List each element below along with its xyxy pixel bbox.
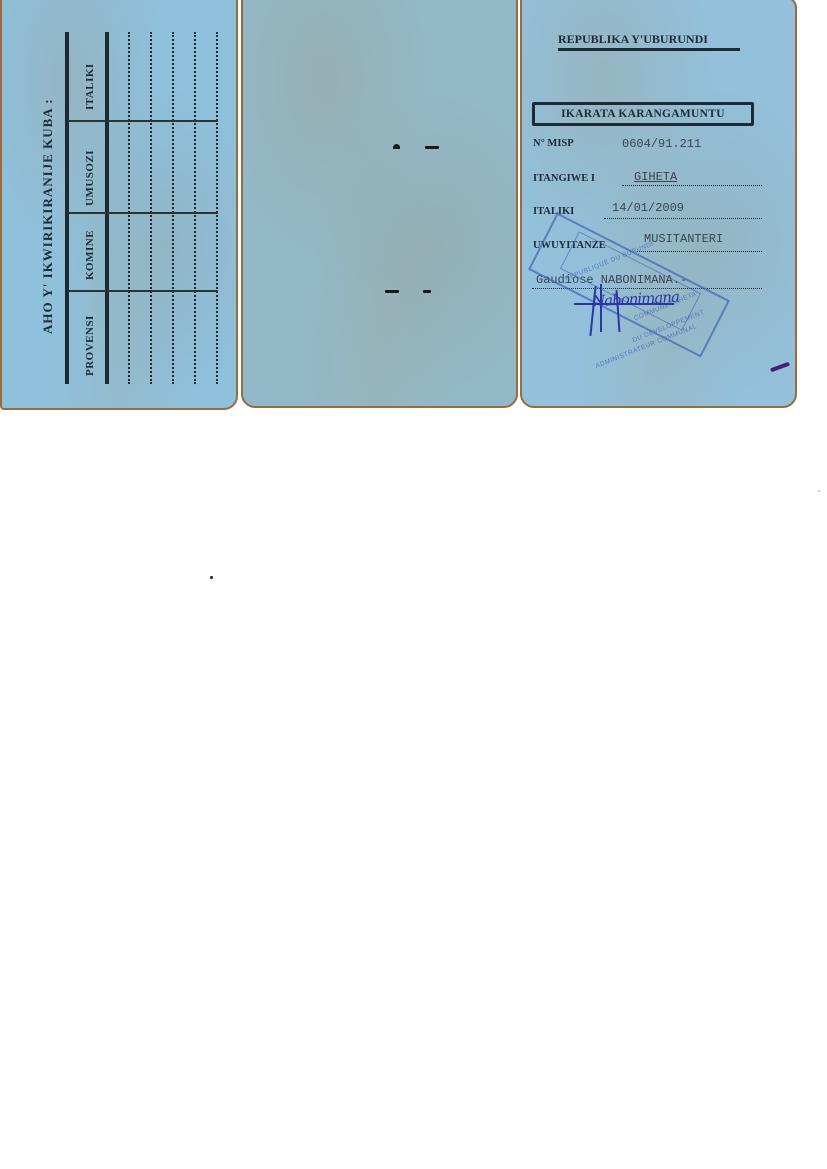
field-label-itangiwe: ITANGIWE I	[533, 173, 595, 184]
column-divider	[68, 120, 218, 122]
residence-section-title: AHO Y' IKWIRIKIRANIJE KUBA :	[40, 98, 56, 334]
staple-hole	[393, 144, 400, 149]
field-dotted-line	[604, 218, 762, 219]
table-header-divider	[105, 32, 109, 384]
field-value-itangiwe: GIHETA	[634, 170, 677, 184]
signature-stroke	[600, 284, 602, 332]
card-left-panel: AHO Y' IKWIRIKIRANIJE KUBA : PROVENSI KO…	[0, 0, 238, 410]
field-label-misp: N° MISP	[533, 138, 574, 149]
republic-header: REPUBLIKA Y'UBURUNDI	[558, 32, 708, 47]
card-title-box: IKARATA KARANGAMUNTU	[532, 102, 754, 126]
column-divider	[68, 212, 218, 214]
field-value-italiki: 14/01/2009	[612, 201, 684, 215]
card-title: IKARATA KARANGAMUNTU	[535, 105, 751, 123]
column-divider	[68, 290, 218, 292]
field-dotted-line	[622, 185, 762, 186]
column-header-komine: KOMINE	[84, 230, 96, 280]
field-value-misp: 0604/91.211	[622, 137, 701, 151]
scan-speck	[210, 576, 213, 579]
staple-hole	[425, 146, 439, 149]
field-label-italiki: ITALIKI	[533, 206, 574, 217]
card-middle-panel	[241, 0, 518, 408]
dotted-row-line	[150, 32, 152, 384]
dotted-row-line	[216, 32, 218, 384]
dotted-row-line	[128, 32, 130, 384]
signature-stroke	[574, 303, 674, 305]
column-header-umusozi: UMUSOZI	[84, 150, 96, 206]
dotted-row-line	[172, 32, 174, 384]
header-underline	[558, 48, 740, 51]
ink-mark	[770, 362, 790, 373]
staple-hole	[385, 290, 399, 293]
dotted-row-line	[194, 32, 196, 384]
column-header-provensi: PROVENSI	[84, 315, 96, 376]
table-border-left	[65, 32, 69, 384]
card-right-panel: REPUBLIKA Y'UBURUNDI IKARATA KARANGAMUNT…	[520, 0, 797, 408]
field-dotted-line	[637, 251, 762, 252]
column-header-italiki: ITALIKI	[84, 63, 96, 110]
staple-hole	[423, 290, 431, 293]
field-value-uwuyitanze: MUSITANTERI	[644, 232, 723, 246]
scan-speck	[818, 490, 820, 492]
